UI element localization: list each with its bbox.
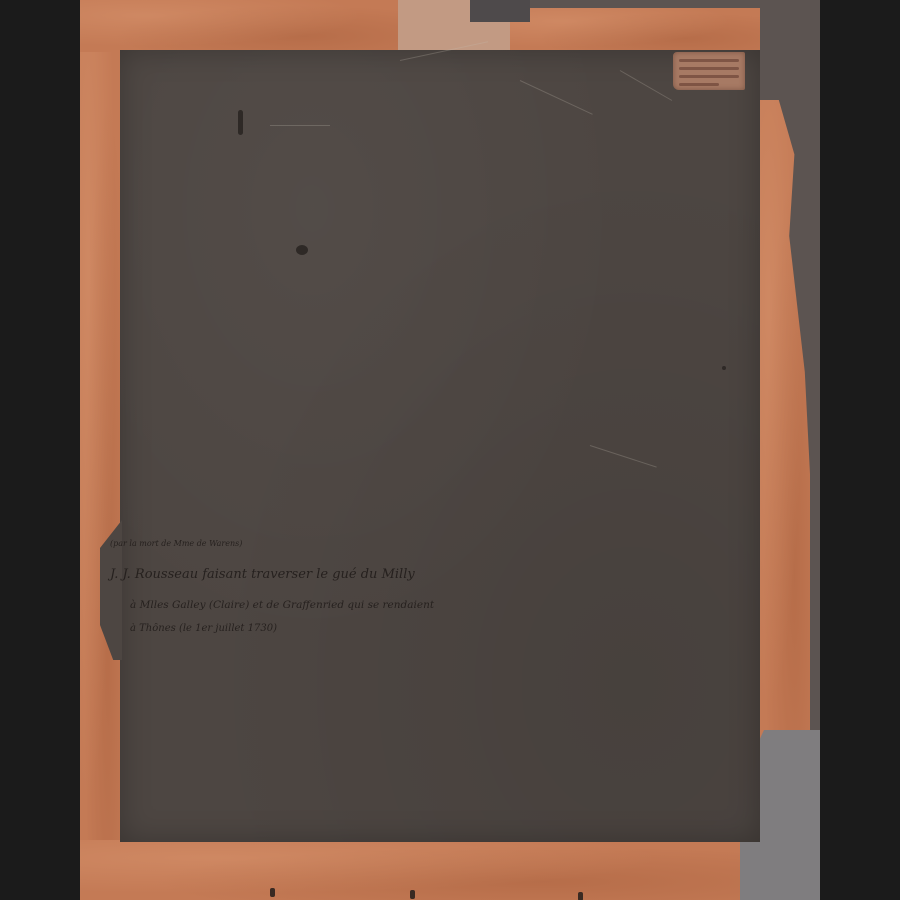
stain-mark	[238, 110, 243, 135]
stain-spot	[296, 245, 308, 255]
frame-tack	[270, 888, 275, 897]
label-text-line	[679, 83, 719, 86]
inscription-line: (par la mort de Mme de Warens)	[110, 540, 242, 548]
label-text-line	[679, 75, 739, 78]
frame-tack	[578, 892, 583, 900]
torn-gap-top	[470, 0, 530, 22]
label-text-line	[679, 67, 739, 70]
inscription-line: à Thônes (le 1er juillet 1730)	[130, 624, 277, 634]
scratch	[620, 70, 672, 101]
paper-label	[673, 52, 745, 90]
border-paper-left	[80, 0, 120, 900]
scratch	[590, 445, 657, 468]
backing-board	[120, 50, 760, 842]
frame-tack	[410, 890, 415, 899]
inscription-line: à Mlles Galley (Claire) et de Graffenrie…	[130, 600, 434, 611]
scratch	[270, 125, 330, 126]
border-paper-top-right	[510, 8, 760, 52]
scratch	[520, 80, 593, 115]
inscription-line: J. J. Rousseau faisant traverser le gué …	[110, 568, 415, 581]
stain-spot	[722, 366, 726, 370]
label-text-line	[679, 59, 739, 62]
border-paper-top-left	[80, 0, 400, 52]
